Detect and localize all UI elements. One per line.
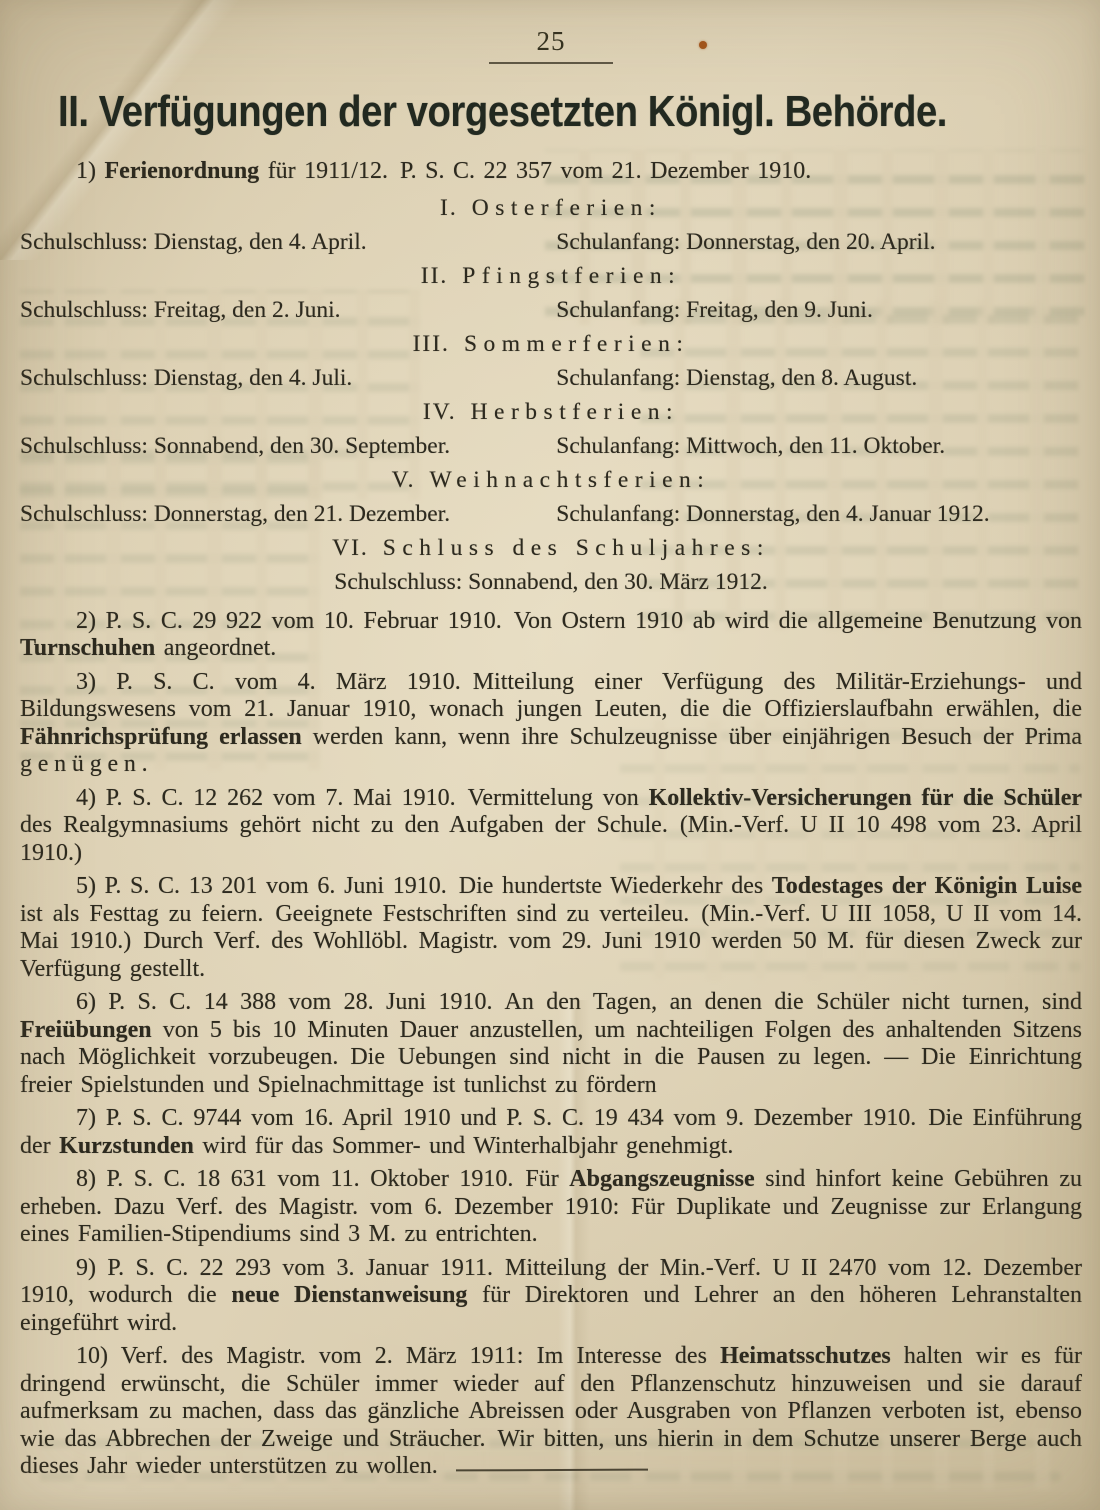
holiday-row: Schulschluss: Freitag, den 2. Juni.Schul… (20, 293, 1082, 327)
schulanfang-entry: Schulanfang: Freitag, den 9. Juni. (556, 293, 1082, 327)
schulanfang-entry: Schulanfang: Mittwoch, den 11. Oktober. (556, 429, 1082, 463)
schulschluss-entry: Schulschluss: Dienstag, den 4. April. (20, 225, 556, 259)
schulschluss-entry: Schulschluss: Freitag, den 2. Juni. (20, 293, 556, 327)
holiday-name: Herbstferien: (471, 399, 679, 425)
bold-text: Fähnrichsprüfung erlassen (20, 724, 302, 750)
item-4-paragraph: 4) P. S. C. 12 262 vom 7. Mai 1910. Verm… (20, 785, 1082, 868)
section-heading-text: II. Verfügungen der vorgesetzten Königl.… (58, 88, 947, 136)
holiday-heading: VI.Schluss des Schuljahres: (20, 531, 1082, 565)
holiday-name: Osterferien: (472, 195, 662, 221)
item-6-paragraph: 6) P. S. C. 14 388 vom 28. Juni 1910. An… (20, 989, 1082, 1099)
holiday-heading: III.Sommerferien: (20, 327, 1082, 361)
schulschluss-entry: Schulschluss: Dienstag, den 4. Juli. (20, 361, 556, 395)
holiday-numeral: III. (413, 331, 450, 357)
holiday-numeral: V. (392, 467, 416, 493)
bold-text: Freiübungen (20, 1017, 152, 1043)
text-run: 6) P. S. C. 14 388 vom 28. Juni 1910. An… (76, 989, 1082, 1015)
holiday-section-weihnachtsferien: V.Weihnachtsferien: Schulschluss: Donner… (20, 463, 1082, 531)
holiday-numeral: VI. (332, 535, 369, 561)
holiday-section-schuljahresschluss: VI.Schluss des Schuljahres: Schulschluss… (20, 531, 1082, 599)
holiday-heading: V.Weihnachtsferien: (20, 463, 1082, 497)
bold-text: Turnschuhen (20, 635, 155, 661)
text-run: von 5 bis 10 Minuten Dauer anzustellen, … (20, 1017, 1082, 1098)
text-run: 8) P. S. C. 18 631 vom 11. Oktober 1910.… (76, 1166, 569, 1192)
text-run: werden kann, wenn ihre Schulzeugnisse üb… (302, 724, 1082, 750)
text-run: . (142, 751, 148, 777)
bold-text: Kollektiv-Versicherungen für die Schüler (649, 785, 1082, 811)
holiday-section-sommerferien: III.Sommerferien: Schulschluss: Dienstag… (20, 327, 1082, 395)
item-7-paragraph: 7) P. S. C. 9744 vom 16. April 1910 und … (20, 1105, 1082, 1160)
holiday-section-pfingstferien: II.Pfingstferien: Schulschluss: Freitag,… (20, 259, 1082, 327)
text-run: 2) P. S. C. 29 922 vom 10. Februar 1910.… (76, 608, 1082, 634)
scanned-page: 25 II. Verfügungen der vorgesetzten Köni… (0, 0, 1100, 1510)
bold-text: neue Dienstanweisung (231, 1282, 467, 1308)
item-8-paragraph: 8) P. S. C. 18 631 vom 11. Oktober 1910.… (20, 1166, 1082, 1249)
text-run: 1) (76, 158, 105, 184)
page-number: 25 (20, 0, 1082, 57)
item-3-paragraph: 3) P. S. C. vom 4. März 1910. Mitteilung… (20, 669, 1082, 779)
spaced-text: genügen (20, 751, 142, 777)
holiday-numeral: IV. (423, 399, 457, 425)
decree-paragraphs: 2) P. S. C. 29 922 vom 10. Februar 1910.… (20, 608, 1082, 1481)
text-run: ist als Festtag zu feiern. Geeignete Fes… (20, 901, 1082, 982)
item-10-paragraph: 10) Verf. des Magistr. vom 2. März 1911:… (20, 1343, 1082, 1481)
text-run: wird für das Sommer- und Winterhalbjahr … (194, 1133, 734, 1159)
holiday-numeral: II. (421, 263, 449, 289)
ink-stain-dot (699, 41, 707, 49)
section-heading: II. Verfügungen der vorgesetzten Königl.… (58, 88, 1082, 136)
holiday-row: Schulschluss: Sonnabend, den 30. Septemb… (20, 429, 1082, 463)
item-1-paragraph: 1) Ferienordnung für 1911/12. P. S. C. 2… (20, 158, 1082, 186)
holiday-section-osterferien: I.Osterferien: Schulschluss: Dienstag, d… (20, 191, 1082, 259)
holiday-name: Schluss des Schuljahres: (383, 535, 770, 561)
page-content: 25 II. Verfügungen der vorgesetzten Köni… (0, 0, 1100, 1481)
holiday-row: Schulschluss: Dienstag, den 4. Juli.Schu… (20, 361, 1082, 395)
schulschluss-entry: Schulschluss: Sonnabend, den 30. Septemb… (20, 429, 556, 463)
text-run: angeordnet. (155, 635, 276, 661)
text-run: für 1911/12. P. S. C. 22 357 vom 21. Dez… (259, 158, 811, 184)
schulanfang-entry: Schulanfang: Dienstag, den 8. August. (556, 361, 1082, 395)
holiday-numeral: I. (440, 195, 458, 221)
text-run: 5) P. S. C. 13 201 vom 6. Juni 1910. Die… (76, 873, 772, 899)
holiday-name: Sommerferien: (464, 331, 689, 357)
item-5-paragraph: 5) P. S. C. 13 201 vom 6. Juni 1910. Die… (20, 873, 1082, 983)
holiday-row: Schulschluss: Dienstag, den 4. April.Sch… (20, 225, 1082, 259)
text-run: 3) P. S. C. vom 4. März 1910. Mitteilung… (20, 669, 1082, 723)
bold-text: Heimatsschutzes (720, 1343, 891, 1369)
page-number-rule (489, 62, 613, 64)
holiday-heading: I.Osterferien: (20, 191, 1082, 225)
schulanfang-entry: Schulanfang: Donnerstag, den 4. Januar 1… (556, 497, 1082, 531)
bold-text: Abgangszeugnisse (569, 1166, 754, 1192)
holiday-name: Pfingstferien: (462, 263, 681, 289)
bold-text: Ferienordnung (105, 158, 260, 184)
holiday-section-herbstferien: IV.Herbstferien: Schulschluss: Sonnabend… (20, 395, 1082, 463)
text-run: des Realgymnasiums gehört nicht zu den A… (20, 812, 1082, 866)
holiday-name: Weihnachtsferien: (429, 467, 710, 493)
item-9-paragraph: 9) P. S. C. 22 293 vom 3. Januar 1911. M… (20, 1255, 1082, 1338)
holiday-schedule: I.Osterferien: Schulschluss: Dienstag, d… (20, 191, 1082, 599)
bold-text: Kurzstunden (59, 1133, 194, 1159)
holiday-heading: II.Pfingstferien: (20, 259, 1082, 293)
item-2-paragraph: 2) P. S. C. 29 922 vom 10. Februar 1910.… (20, 608, 1082, 663)
holiday-row: Schulschluss: Donnerstag, den 21. Dezemb… (20, 497, 1082, 531)
schulschluss-entry: Schulschluss: Sonnabend, den 30. März 19… (20, 565, 1082, 599)
text-run: 4) P. S. C. 12 262 vom 7. Mai 1910. Verm… (76, 785, 649, 811)
holiday-heading: IV.Herbstferien: (20, 395, 1082, 429)
schulanfang-entry: Schulanfang: Donnerstag, den 20. April. (556, 225, 1082, 259)
schulschluss-entry: Schulschluss: Donnerstag, den 21. Dezemb… (20, 497, 556, 531)
bold-text: Todestages der Königin Luise (772, 873, 1082, 899)
text-run: 10) Verf. des Magistr. vom 2. März 1911:… (76, 1343, 720, 1369)
